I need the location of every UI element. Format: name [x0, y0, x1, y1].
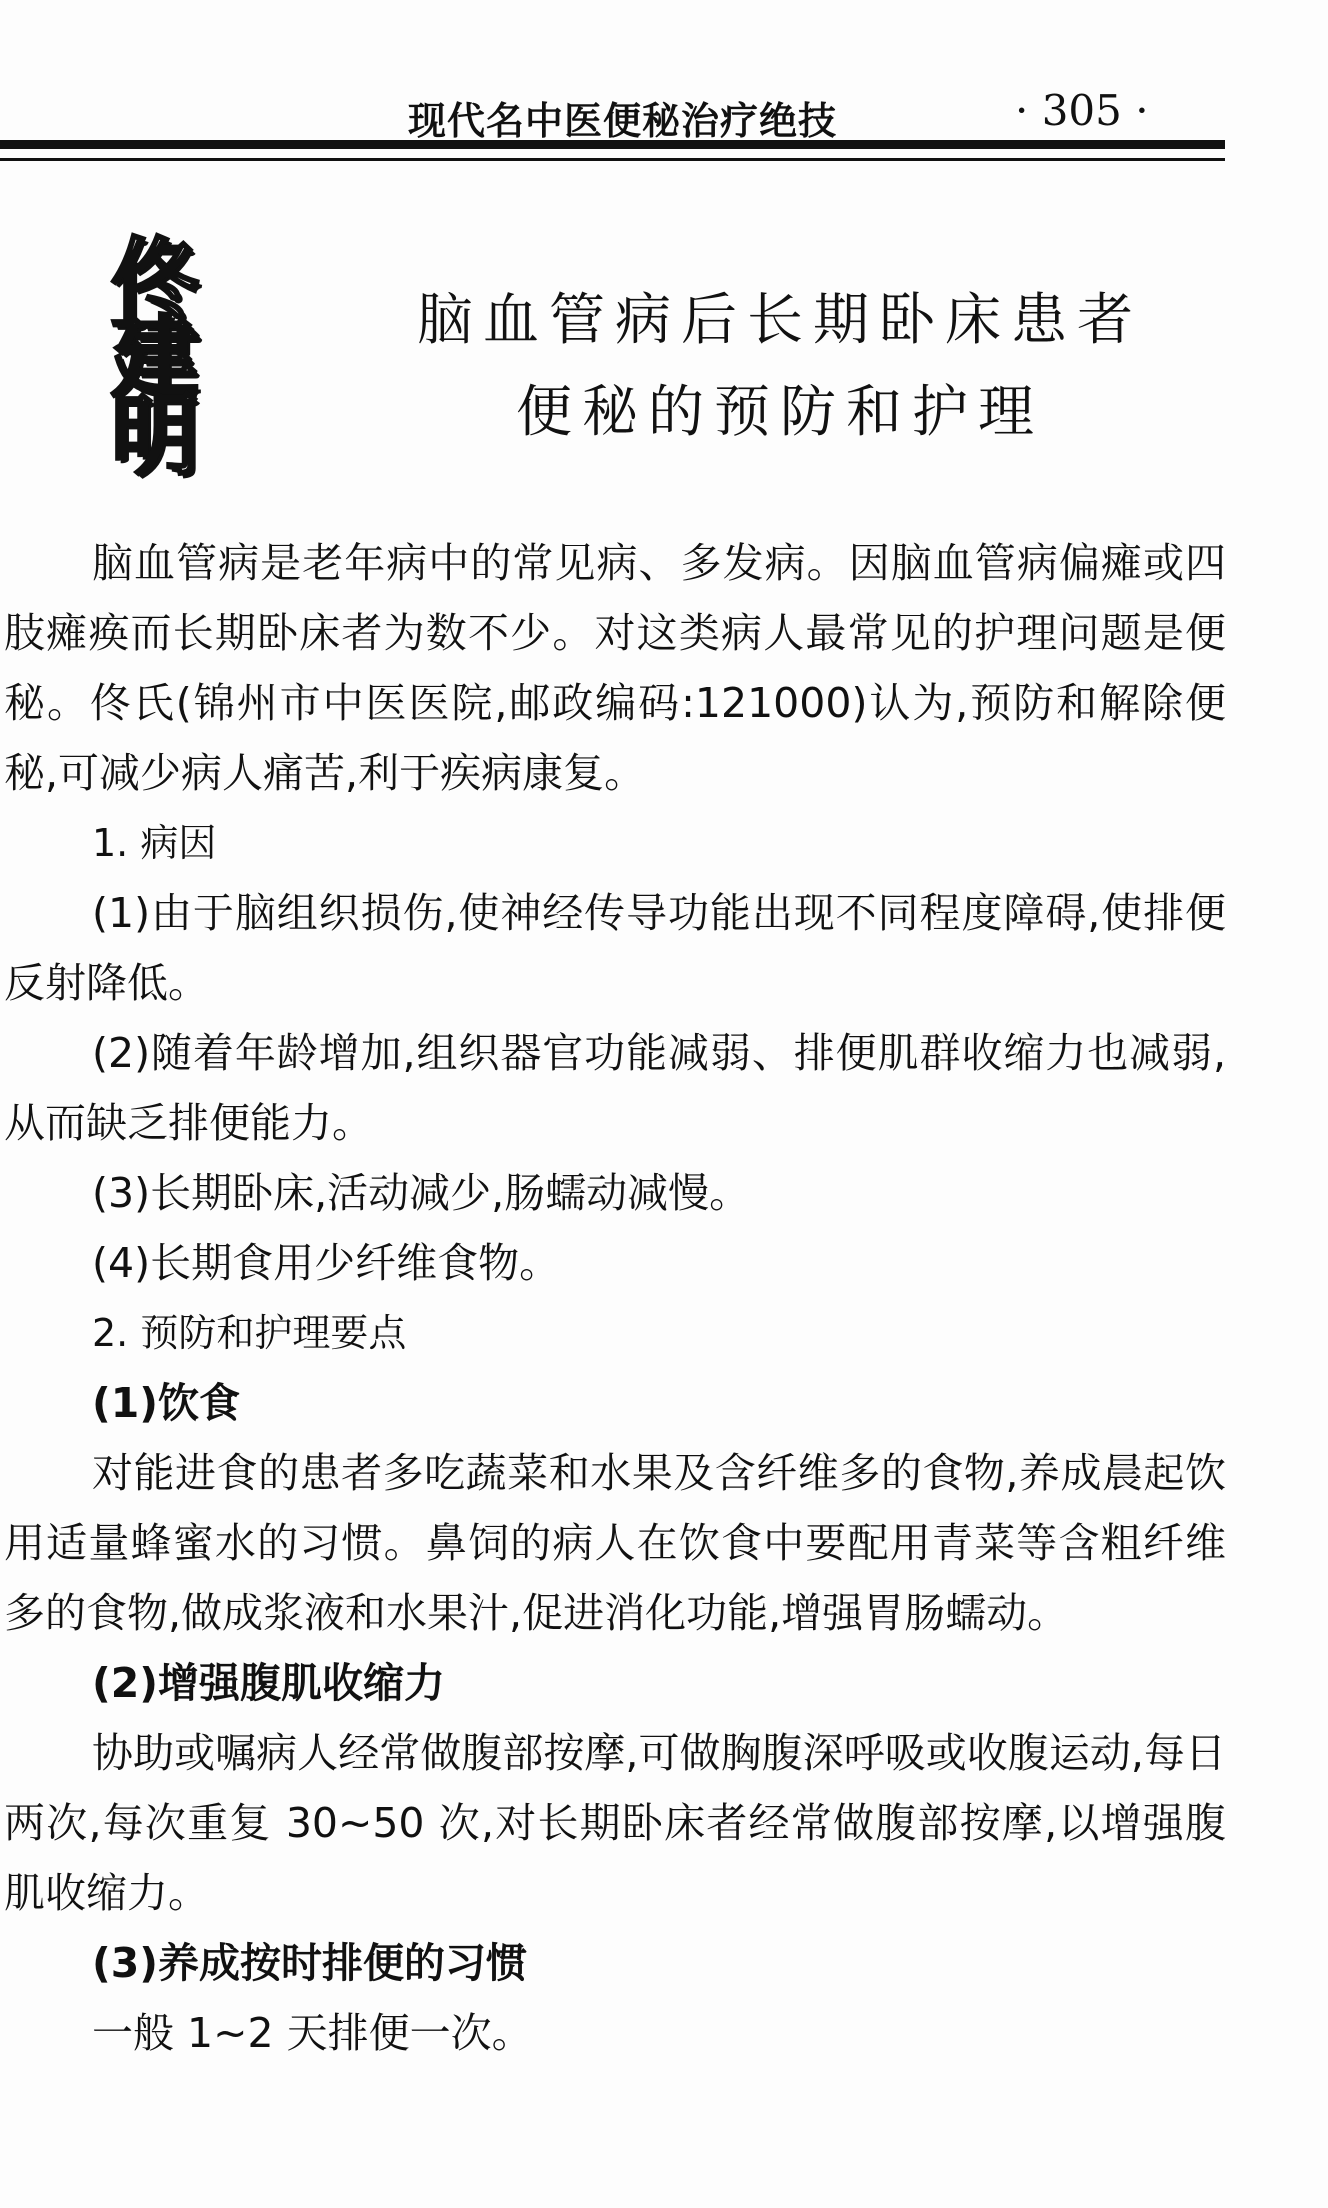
cause-item: (3)长期卧床,活动减少,肠蠕动减慢。: [4, 1158, 1226, 1228]
title-line-1: 脑血管病后长期卧床患者: [400, 275, 1160, 367]
running-header: 现代名中医便秘治疗绝技 · 305 ·: [0, 90, 1240, 138]
section-heading: 2. 预防和护理要点: [4, 1298, 1226, 1368]
subsection-text: 协助或嘱病人经常做腹部按摩,可做胸腹深呼吸或收腹运动,每日两次,每次重复 30~…: [4, 1718, 1226, 1928]
intro-paragraph: 脑血管病是老年病中的常见病、多发病。因脑血管病偏瘫或四肢瘫痪而长期卧床者为数不少…: [4, 528, 1226, 808]
title-line-2: 便秘的预防和护理: [400, 367, 1160, 459]
cause-item: (2)随着年龄增加,组织器官功能减弱、排便肌群收缩力也减弱,从而缺乏排便能力。: [4, 1018, 1226, 1158]
article-body: 脑血管病是老年病中的常见病、多发病。因脑血管病偏瘫或四肢瘫痪而长期卧床者为数不少…: [4, 528, 1226, 2068]
subsection-heading: (3)养成按时排便的习惯: [4, 1928, 1226, 1998]
header-rule-thin: [0, 158, 1225, 161]
book-title: 现代名中医便秘治疗绝技: [408, 90, 837, 145]
author-name-vertical: 佟 建 明: [100, 240, 210, 474]
cause-item: (1)由于脑组织损伤,使神经传导功能出现不同程度障碍,使排便反射降低。: [4, 878, 1226, 1018]
subsection-heading: (1)饮食: [4, 1368, 1226, 1438]
subsection-heading: (2)增强腹肌收缩力: [4, 1648, 1226, 1718]
article-title: 脑血管病后长期卧床患者 便秘的预防和护理: [400, 275, 1160, 459]
author-char: 明: [111, 396, 199, 474]
subsection-text: 一般 1~2 天排便一次。: [4, 1998, 1226, 2068]
page-number: · 305 ·: [1015, 86, 1149, 135]
subsection-text: 对能进食的患者多吃蔬菜和水果及含纤维多的食物,养成晨起饮用适量蜂蜜水的习惯。鼻饲…: [4, 1438, 1226, 1648]
cause-item: (4)长期食用少纤维食物。: [4, 1228, 1226, 1298]
header-rule-thick: [0, 140, 1225, 149]
section-heading: 1. 病因: [4, 808, 1226, 878]
